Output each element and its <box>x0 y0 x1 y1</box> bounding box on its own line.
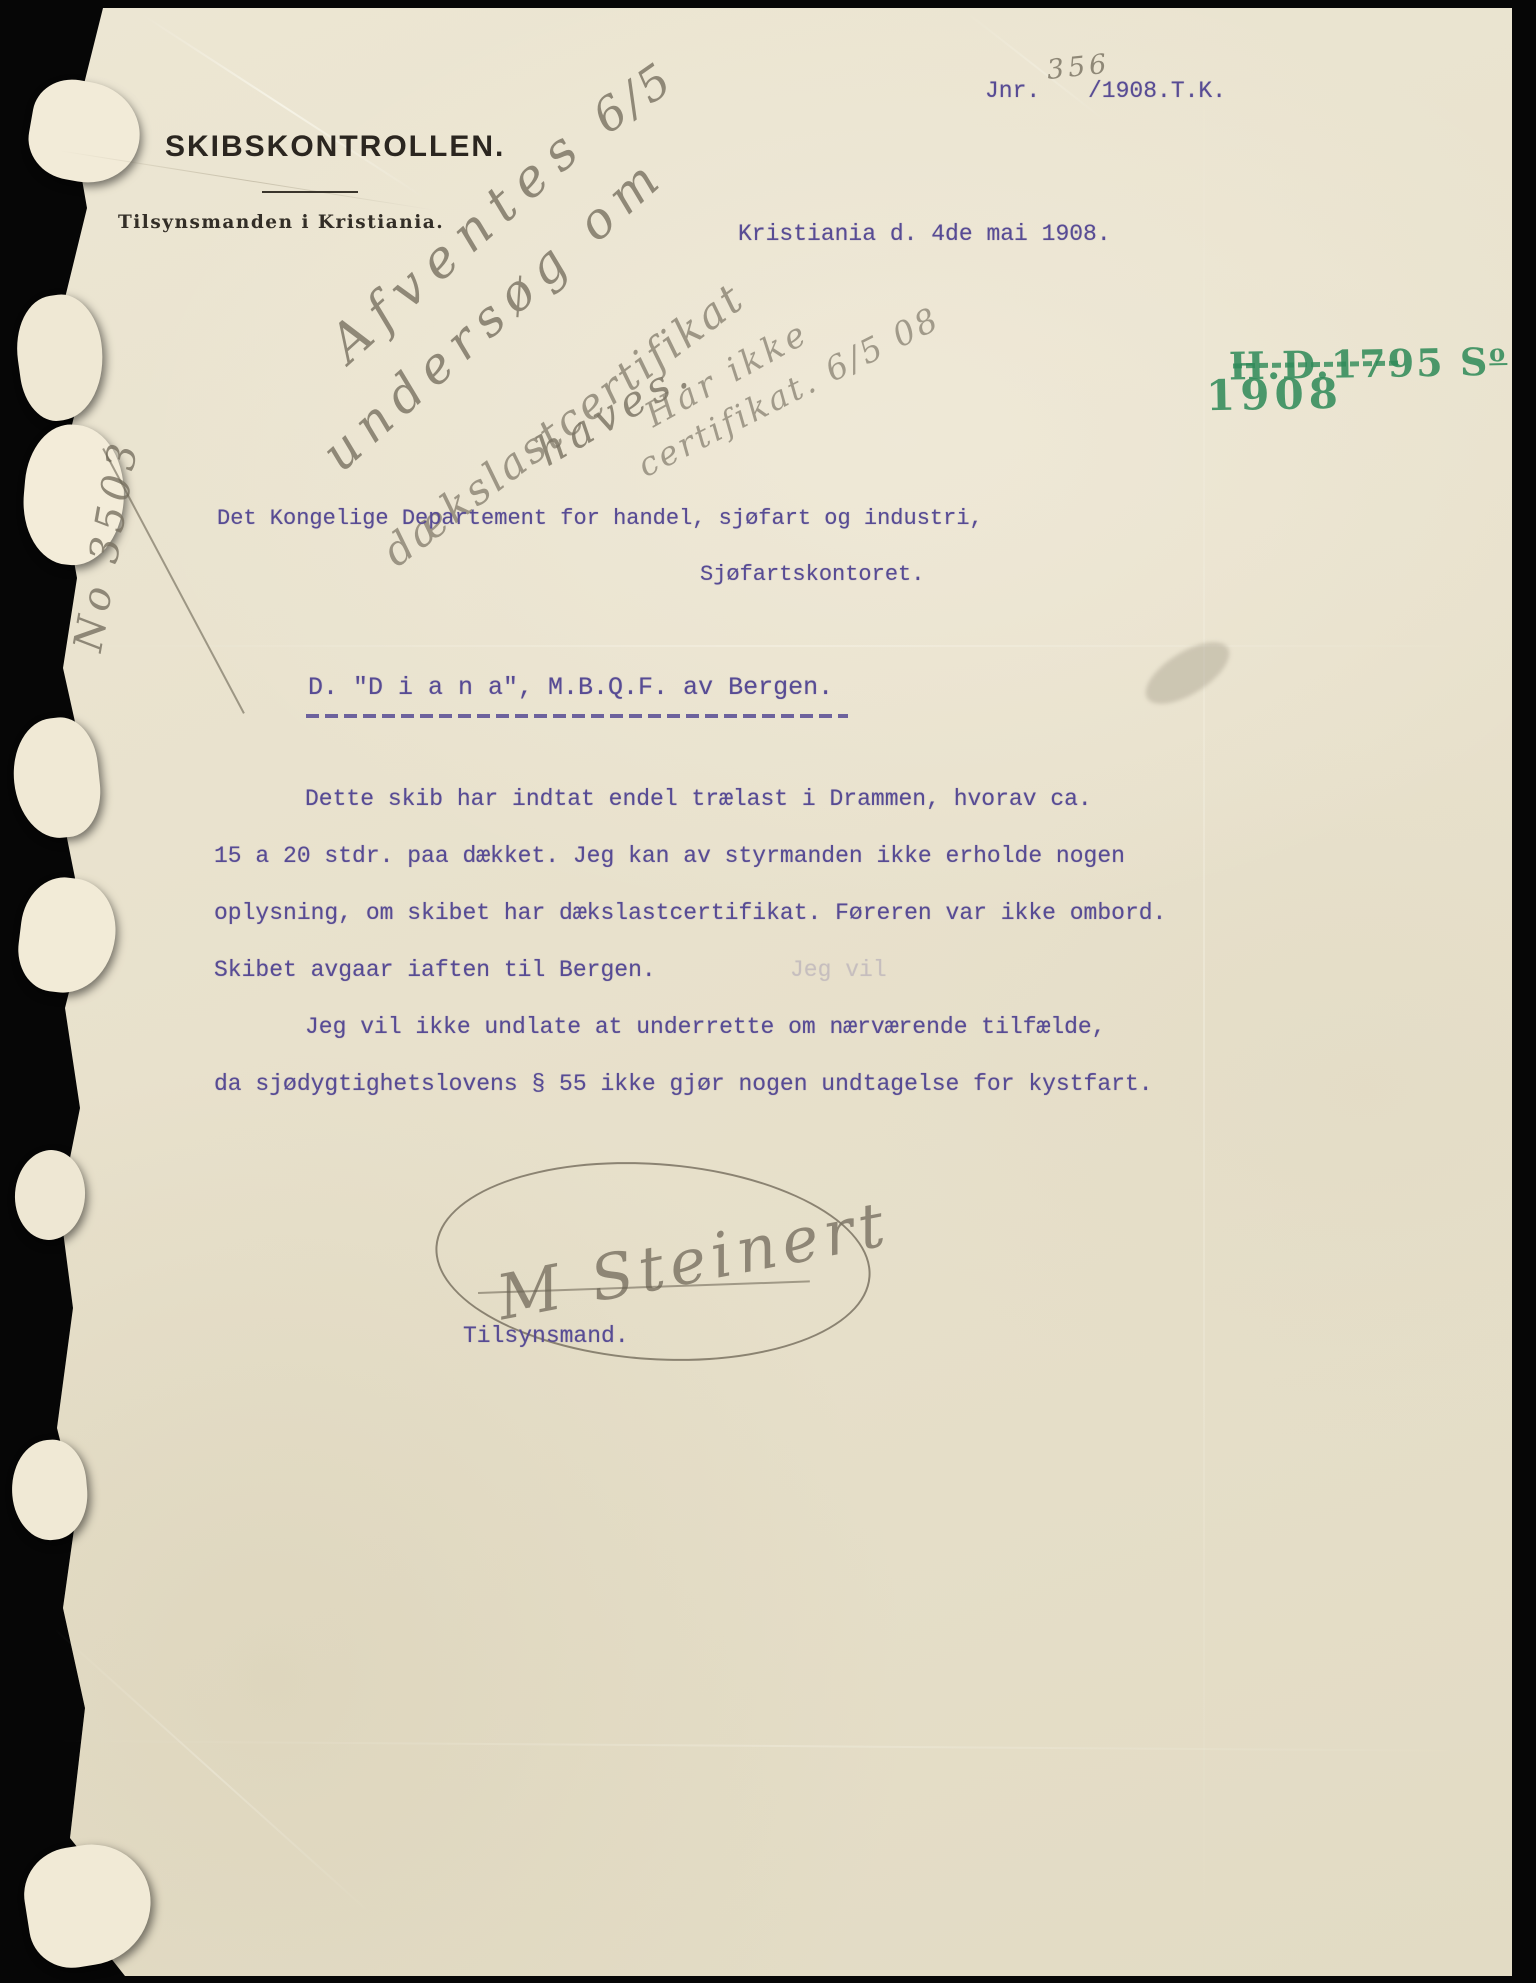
scanned-letter-page: SKIBSKONTROLLEN. Tilsynsmanden i Kristia… <box>0 0 1536 1983</box>
signature-title: Tilsynsmand. <box>463 1323 629 1349</box>
recipient-line1: Det Kongelige Departement for handel, sj… <box>217 506 983 531</box>
body-line: Skibet avgaar iaften til Bergen. <box>214 957 656 983</box>
dateline: Kristiania d. 4de mai 1908. <box>738 221 1111 247</box>
subject-line: D. "D i a n a", M.B.Q.F. av Bergen. <box>308 673 833 702</box>
body-line: Dette skib har indtat endel trælast i Dr… <box>305 786 1092 812</box>
recipient-line2: Sjøfartskontoret. <box>700 562 924 587</box>
letterhead-rule <box>262 191 358 193</box>
erased-text-fragment: Jeg vil <box>790 957 887 983</box>
body-line: Jeg vil ikke undlate at underrette om næ… <box>305 1014 1106 1040</box>
body-line: 15 a 20 stdr. paa dækket. Jeg kan av sty… <box>214 843 1125 869</box>
journal-suffix: /1908.T.K. <box>1088 78 1226 104</box>
journal-label: Jnr. <box>985 78 1040 104</box>
letterhead-office: Tilsynsmanden i Kristiania. <box>118 212 444 233</box>
archive-stamp-year: 1908 <box>1206 369 1344 420</box>
stamp-sup: o <box>1489 338 1508 367</box>
subject-underline <box>306 714 848 718</box>
letterhead-org: SKIBSKONTROLLEN. <box>165 130 505 164</box>
body-line: oplysning, om skibet har dækslastcertifi… <box>214 900 1166 926</box>
body-line: da sjødygtighetslovens § 55 ikke gjør no… <box>214 1071 1153 1097</box>
